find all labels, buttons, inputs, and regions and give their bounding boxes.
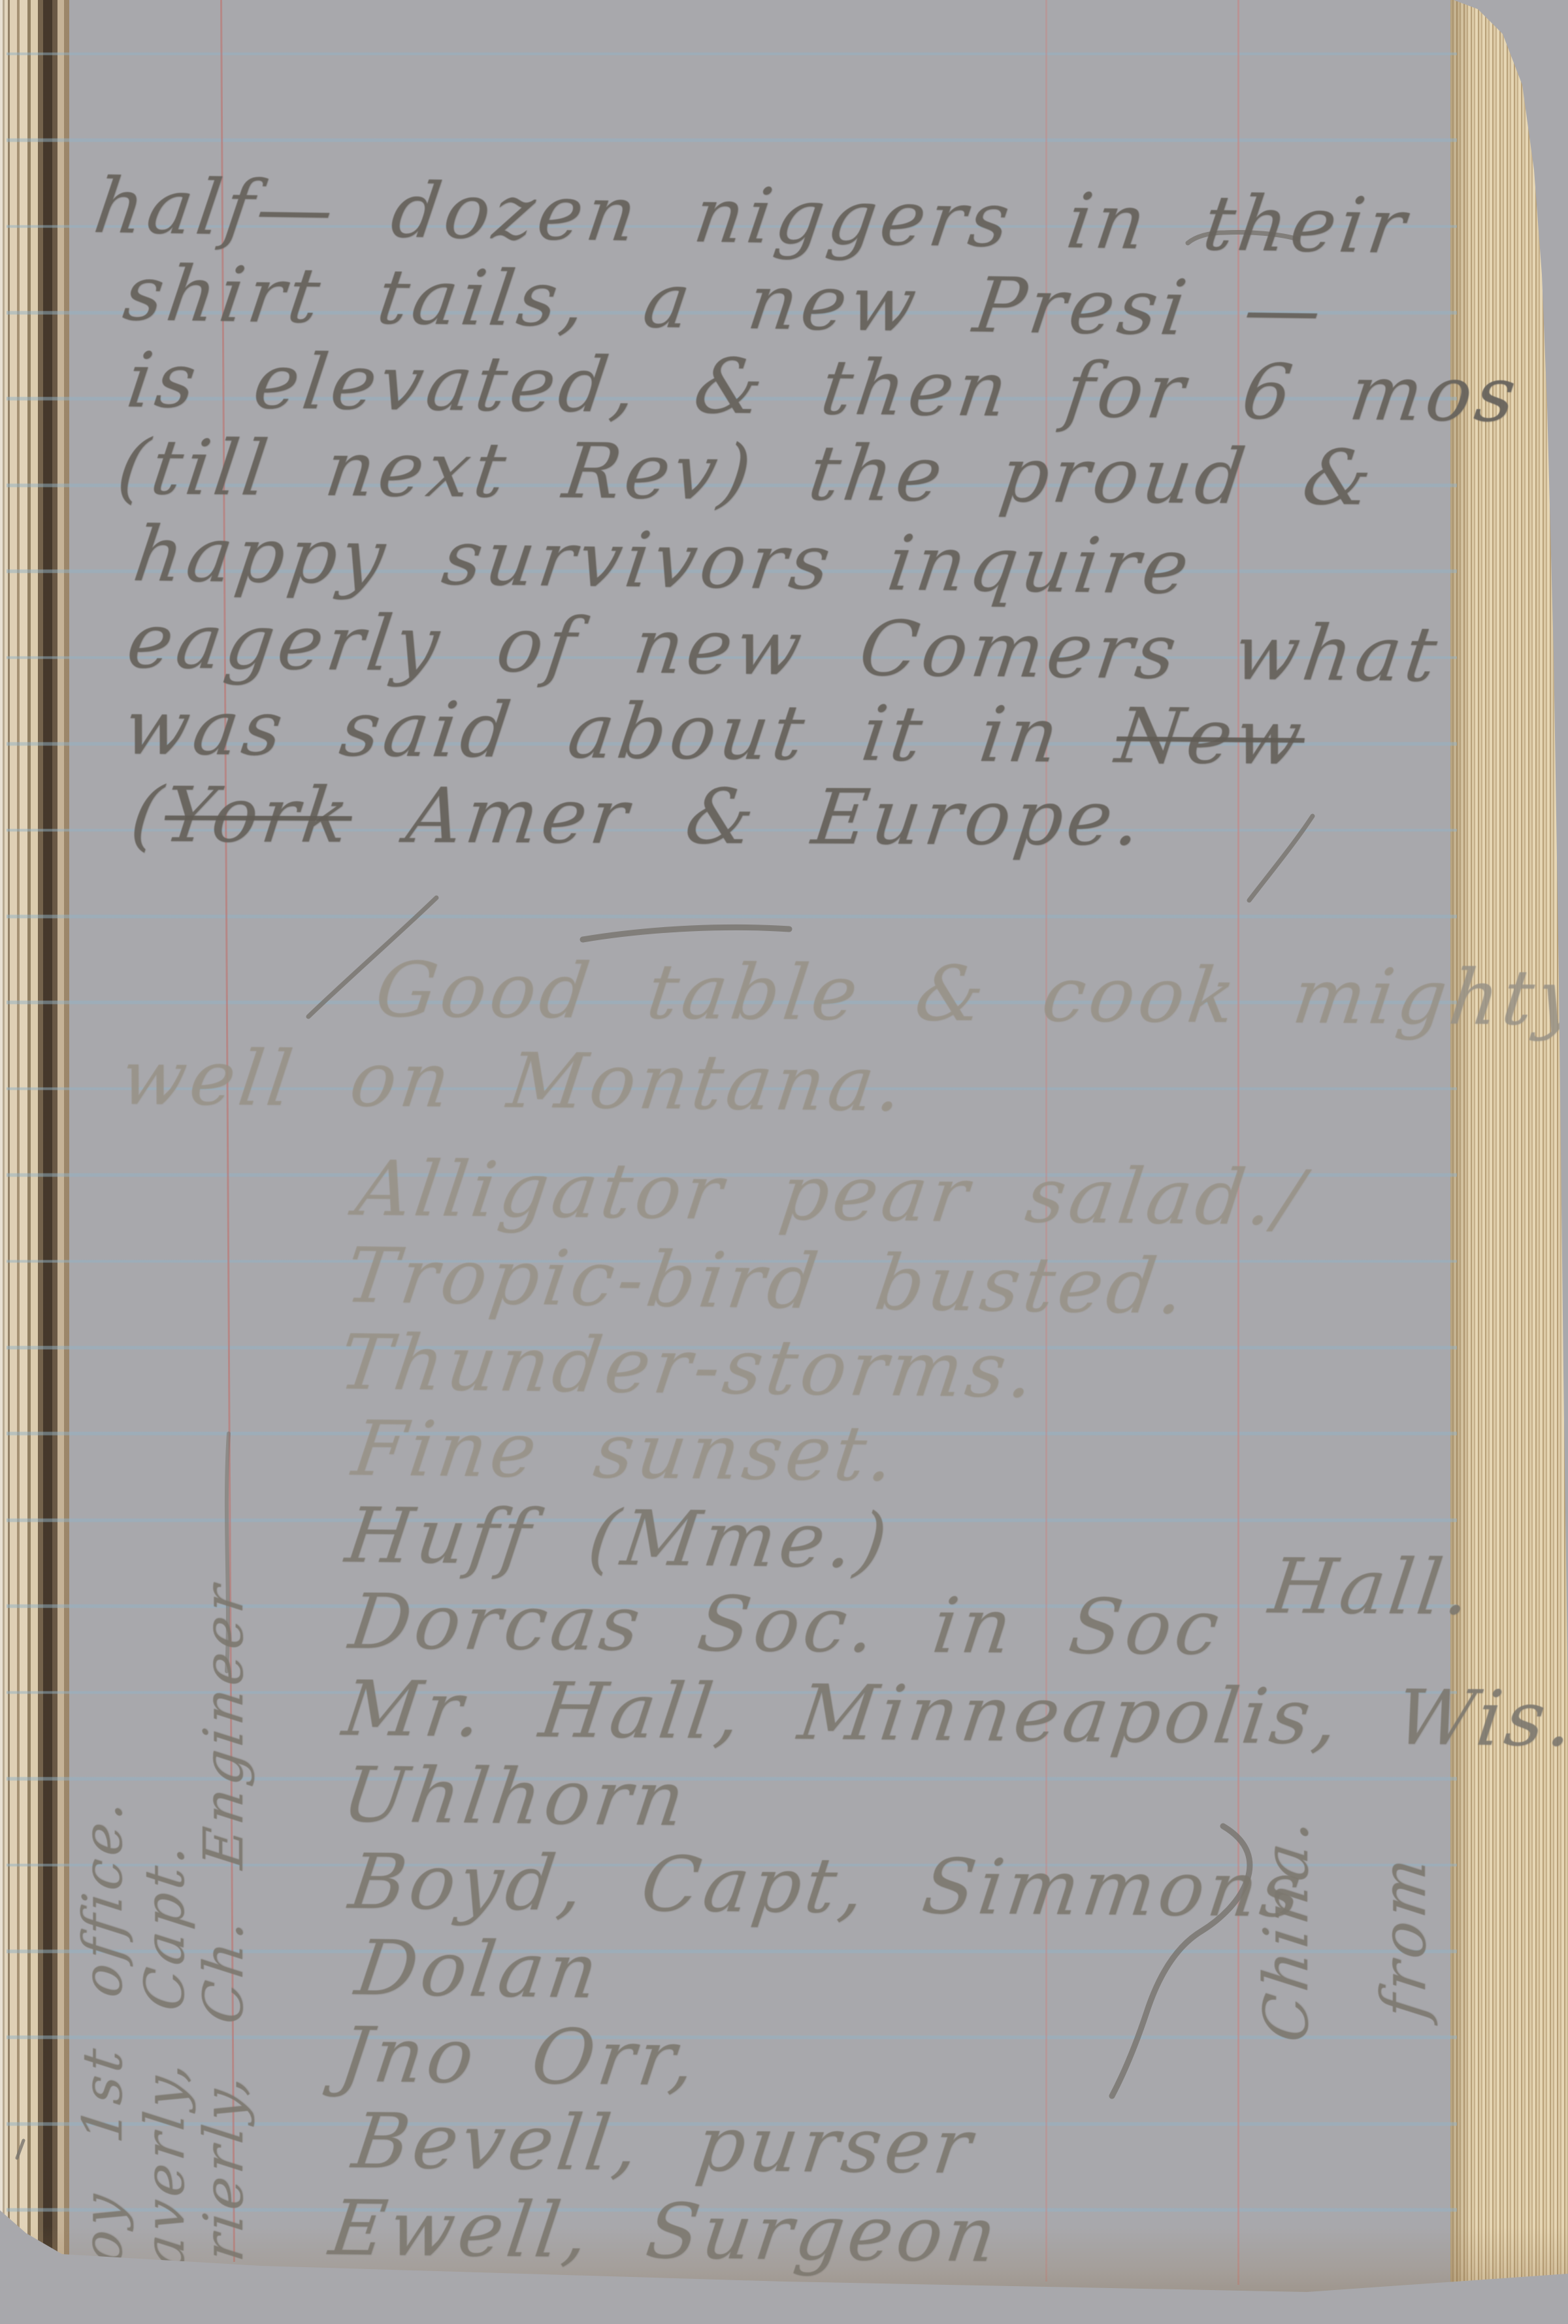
handwritten-text: Amer & Europe. xyxy=(346,772,1149,862)
handwritten-text: Caverly, Capt. xyxy=(133,1837,197,2317)
handwritten-text: Good table & cook mighty xyxy=(370,946,1568,1043)
handwritten-line: eagerly of new Comers what xyxy=(122,597,1446,699)
handwriting-layer: half— dozen niggers in theirshirt tails,… xyxy=(0,0,1568,2324)
handwritten-text: Ewell, Surgeon xyxy=(325,2184,1005,2280)
handwritten-line: Boyd, Capt, Simmons xyxy=(344,1838,1309,1935)
notebook-page: half— dozen niggers in theirshirt tails,… xyxy=(0,0,1568,2324)
handwritten-text: Coy 1st office. xyxy=(71,1793,135,2313)
handwritten-text: Uhlhorn xyxy=(338,1751,693,1843)
scanned-notebook-photo: { "document": { "description_of_page": "… xyxy=(0,0,1568,2324)
handwritten-text: Jno Orr, xyxy=(335,2011,704,2103)
handwritten-text: Alligator pear salad./ xyxy=(351,1145,1312,1243)
margin-note-line: Coy 1st office. xyxy=(71,1793,135,2313)
handwritten-text: New xyxy=(1111,692,1311,781)
handwritten-text: Brierly, Ch. Engineer xyxy=(191,1578,255,2309)
margin-note-line: China. xyxy=(1251,1812,1322,2046)
handwritten-line: Dorcas Soc. in SocHall. xyxy=(344,1578,1474,1674)
handwritten-line: happy survivors inquire xyxy=(129,510,1198,612)
handwritten-text: Thunder-storms. xyxy=(335,1318,1043,1415)
margin-note-line: Caverly, Capt. xyxy=(133,1837,197,2317)
handwritten-text: happy survivors inquire xyxy=(129,510,1198,612)
handwritten-text: Huff (Mme.) xyxy=(341,1492,896,1586)
handwritten-line: (York Amer & Europe. xyxy=(126,771,1150,862)
handwritten-line: Mr. Hall, Minneapolis, Wis. xyxy=(338,1665,1568,1763)
handwritten-line: was said about it in New xyxy=(119,683,1311,782)
margin-note-line: Brierly, Ch. Engineer xyxy=(191,1578,255,2309)
handwritten-text: was said about it in xyxy=(119,683,1122,780)
handwritten-line: (till next Rev) the proud & xyxy=(112,423,1380,523)
handwritten-line: Thunder-storms. xyxy=(335,1318,1043,1415)
handwritten-text: Hall. xyxy=(1265,1543,1480,1632)
handwritten-text: Tropic-bird busted. xyxy=(341,1232,1194,1332)
handwritten-line: Ewell, Surgeon xyxy=(325,2184,1005,2280)
handwritten-line: Dolan xyxy=(351,1924,607,2016)
handwritten-line: Uhlhorn xyxy=(338,1751,693,1843)
handwritten-line: Jno Orr, xyxy=(335,2011,704,2103)
handwritten-text: York xyxy=(159,771,357,860)
handwritten-text: well on Montana. xyxy=(116,1034,911,1128)
handwritten-line: Tropic-bird busted. xyxy=(341,1232,1194,1332)
handwritten-text: from xyxy=(1369,1851,1440,2023)
handwritten-line: Fine sunset. xyxy=(348,1405,903,1499)
handwritten-line: is elevated, & then for 6 mos xyxy=(122,336,1525,439)
handwritten-line: Bevell, purser xyxy=(348,2097,980,2191)
handwritten-text: China. xyxy=(1251,1812,1322,2046)
handwritten-text: Dorcas Soc. in Soc xyxy=(344,1578,1227,1672)
handwritten-line: well on Montana. xyxy=(116,1034,911,1128)
handwritten-text: Bevell, purser xyxy=(348,2097,980,2191)
margin-note-line: from xyxy=(1369,1851,1440,2023)
handwritten-text: Mr. Hall, Minneapolis, Wis. xyxy=(338,1665,1568,1763)
handwritten-line: Good table & cook mighty xyxy=(370,946,1568,1043)
handwritten-line: Huff (Mme.) xyxy=(341,1492,896,1586)
handwritten-text: (till next Rev) the proud & xyxy=(112,423,1380,523)
handwritten-line: Alligator pear salad./ xyxy=(351,1145,1312,1243)
handwritten-text: is elevated, & then for 6 mos xyxy=(122,336,1525,439)
handwritten-text: Dolan xyxy=(351,1924,607,2016)
handwritten-text: Boyd, Capt, Simmons xyxy=(344,1838,1309,1935)
handwritten-text: Fine sunset. xyxy=(348,1405,903,1499)
handwritten-text: eagerly of new Comers what xyxy=(122,597,1446,699)
